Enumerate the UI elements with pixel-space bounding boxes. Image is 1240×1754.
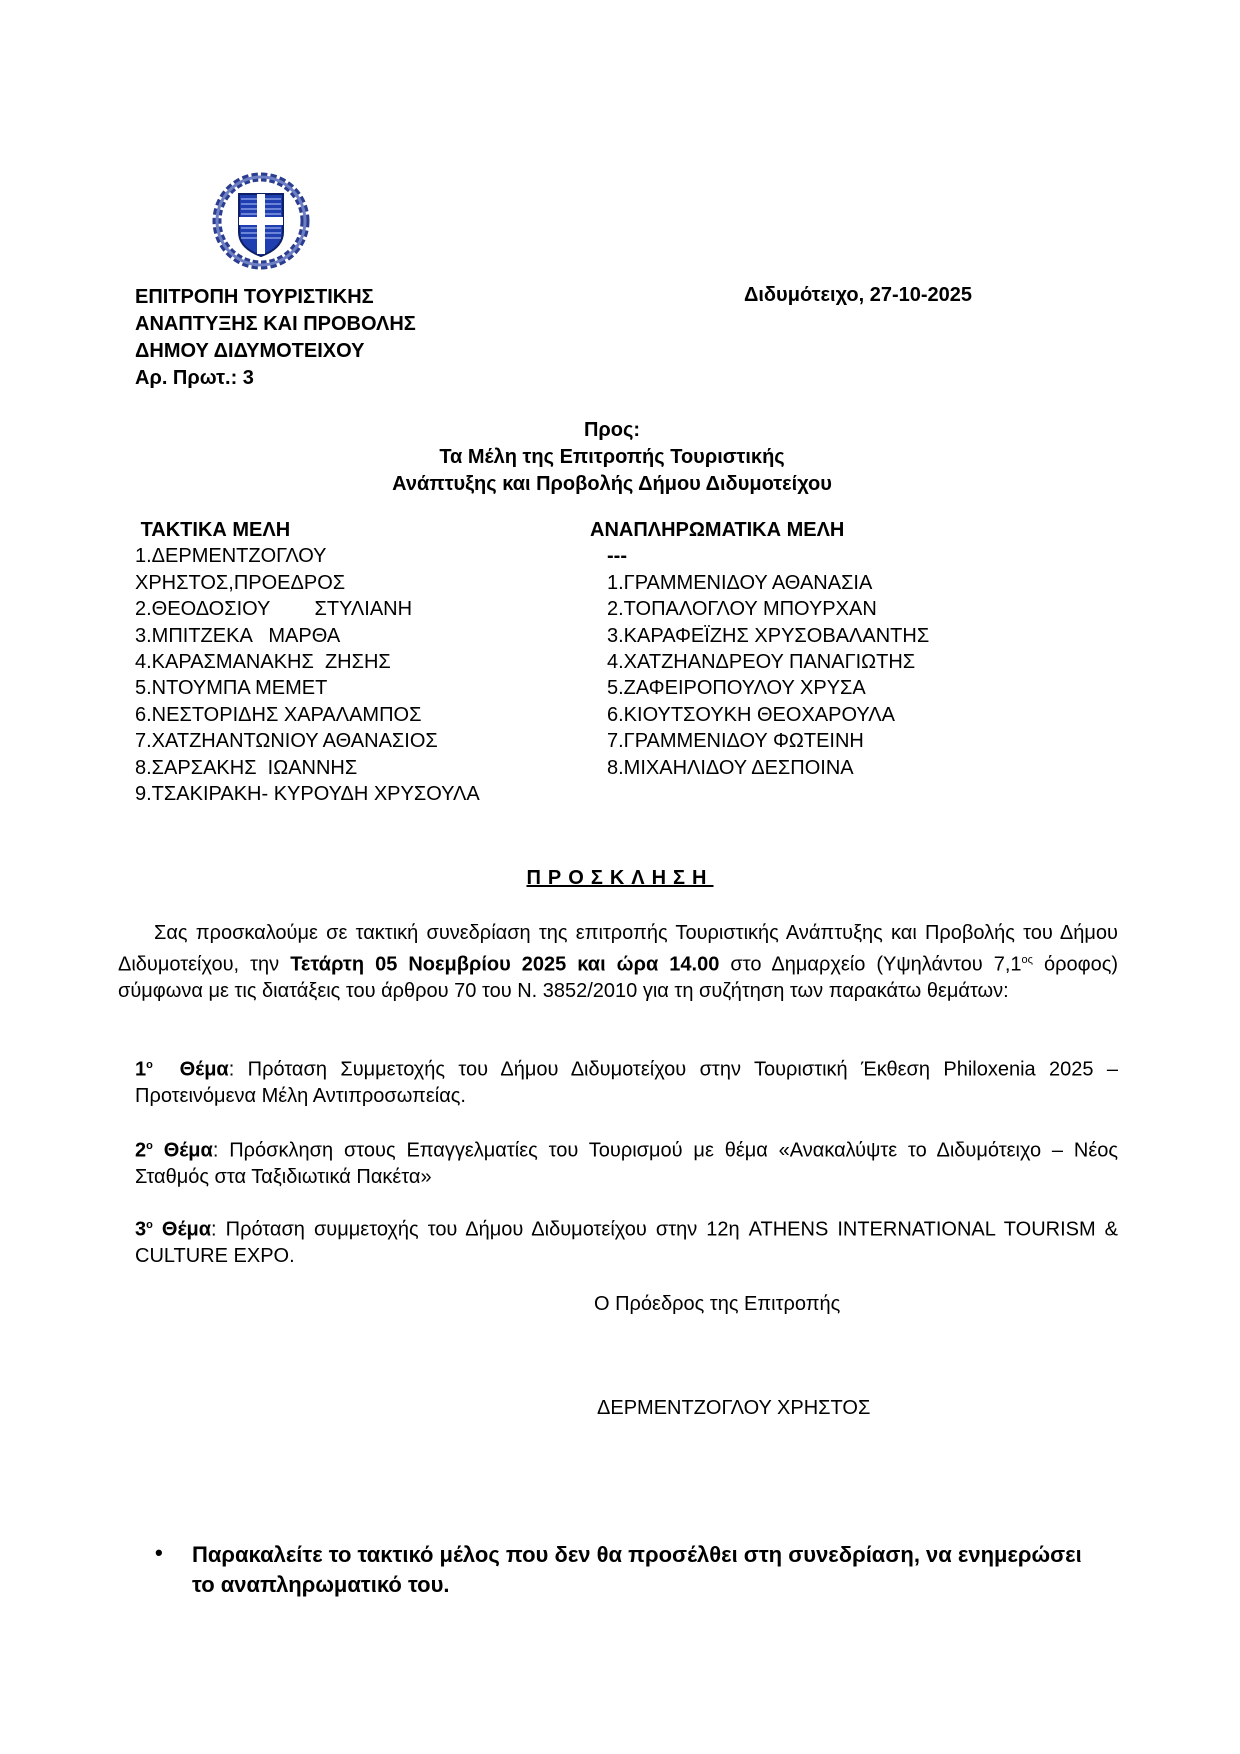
- member-item: 8.ΣΑΡΣΑΚΗΣ ΙΩΑΝΝΗΣ: [135, 755, 480, 781]
- protocol-number: Αρ. Πρωτ.: 3: [135, 365, 416, 392]
- member-item: 7.ΓΡΑΜΜΕΝΙΔΟΥ ΦΩΤΕΙΝΗ: [590, 728, 929, 754]
- member-item: 4.ΚΑΡΑΣΜΑΝΑΚΗΣ ΖΗΣΗΣ: [135, 649, 480, 675]
- invitation-title: ΠΡΟΣΚΛΗΣΗ: [0, 867, 1240, 890]
- substitute-dash: ---: [590, 543, 929, 569]
- regular-members-list: ΤΑΚΤΙΚΑ ΜΕΛΗ 1.ΔΕΡΜΕΝΤΖΟΓΛΟΥ ΧΡΗΣΤΟΣ,ΠΡΟ…: [135, 517, 480, 807]
- header-line: ΕΠΙΤΡΟΠΗ ΤΟΥΡΙΣΤΙΚΗΣ: [135, 284, 416, 311]
- member-item: 2.ΤΟΠΑΛΟΓΛΟΥ ΜΠΟΥΡΧΑΝ: [590, 596, 929, 622]
- topic-label: Θέμα: [162, 1219, 211, 1241]
- topic-1: 1ο Θέμα: Πρόταση Συμμετοχής του Δήμου Δι…: [135, 1052, 1118, 1110]
- member-item: 1.ΓΡΑΜΜΕΝΙΔΟΥ ΑΘΑΝΑΣΙΑ: [590, 570, 929, 596]
- member-item: 9.ΤΣΑΚΙΡΑΚΗ- ΚΥΡΟΥΔΗ ΧΡΥΣΟΥΛΑ: [135, 781, 480, 807]
- member-item: 3.ΜΠΙΤΖΕΚΑ ΜΑΡΘΑ: [135, 623, 480, 649]
- topic-text: : Πρόταση Συμμετοχής του Δήμου Διδυμοτεί…: [135, 1059, 1118, 1108]
- coat-of-arms-icon: [206, 166, 316, 276]
- recipients-label: Προς:: [0, 417, 1232, 444]
- meeting-datetime: Τετάρτη 05 Νοεμβρίου 2025 και ώρα 14.00: [290, 953, 719, 975]
- topic-label: Θέμα: [164, 1140, 213, 1162]
- topic-ordinal: ο: [146, 1059, 153, 1071]
- member-item: 2.ΘΕΟΔΟΣΙΟΥ ΣΤΥΛΙΑΝΗ: [135, 596, 480, 622]
- topic-label: Θέμα: [180, 1059, 229, 1081]
- topic-text: : Πρόταση συμμετοχής του Δήμου Διδυμοτεί…: [135, 1219, 1118, 1268]
- greek-coat-of-arms-emblem: [206, 166, 316, 276]
- member-item: 5.ΖΑΦΕΙΡΟΠΟΥΛΟΥ ΧΡΥΣΑ: [590, 675, 929, 701]
- member-item: 8.ΜΙΧΑΗΛΙΔΟΥ ΔΕΣΠΟΙΝΑ: [590, 755, 929, 781]
- substitute-members-title: ΑΝΑΠΛΗΡΩΜΑΤΙΚΑ ΜΕΛΗ: [590, 517, 929, 543]
- invitation-paragraph: Σας προσκαλούμε σε τακτική συνεδρίαση τη…: [118, 920, 1118, 1004]
- topic-3: 3ο Θέμα: Πρόταση συμμετοχής του Δήμου Δι…: [135, 1212, 1118, 1270]
- signature-name: ΔΕΡΜΕΝΤΖΟΓΛΟΥ ΧΡΗΣΤΟΣ: [597, 1397, 870, 1420]
- recipients-line: Τα Μέλη της Επιτροπής Τουριστικής: [0, 444, 1232, 471]
- topic-number: 3: [135, 1219, 146, 1241]
- member-item: 5.ΝΤΟΥΜΠΑ ΜΕΜΕΤ: [135, 675, 480, 701]
- intro-text: στο Δημαρχείο (Υψηλάντου 7,1: [719, 953, 1021, 975]
- recipients-line: Ανάπτυξης και Προβολής Δήμου Διδυμοτείχο…: [0, 471, 1232, 498]
- recipients-block: Προς: Τα Μέλη της Επιτροπής Τουριστικής …: [0, 417, 1240, 498]
- topic-2: 2ο Θέμα: Πρόσκληση στους Επαγγελματίες τ…: [135, 1133, 1118, 1191]
- topic-ordinal: ο: [146, 1219, 153, 1231]
- committee-header: ΕΠΙΤΡΟΠΗ ΤΟΥΡΙΣΤΙΚΗΣ ΑΝΑΠΤΥΞΗΣ ΚΑΙ ΠΡΟΒΟ…: [135, 284, 416, 392]
- document-date: Διδυμότειχο, 27-10-2025: [744, 284, 972, 307]
- member-item: 7.ΧΑΤΖΗΑΝΤΩΝΙΟΥ ΑΘΑΝΑΣΙΟΣ: [135, 728, 480, 754]
- header-line: ΔΗΜΟΥ ΔΙΔΥΜΟΤΕΙΧΟΥ: [135, 338, 416, 365]
- bullet-icon: •: [155, 1540, 163, 1566]
- member-item: 6.ΝΕΣΤΟΡΙΔΗΣ ΧΑΡΑΛΑΜΠΟΣ: [135, 702, 480, 728]
- topic-number: 1: [135, 1059, 146, 1081]
- topic-number: 2: [135, 1140, 146, 1162]
- member-item: 3.ΚΑΡΑΦΕΪΖΗΣ ΧΡΥΣΟΒΑΛΑΝΤΗΣ: [590, 623, 929, 649]
- regular-members-title: ΤΑΚΤΙΚΑ ΜΕΛΗ: [135, 517, 480, 543]
- substitute-members-list: ΑΝΑΠΛΗΡΩΜΑΤΙΚΑ ΜΕΛΗ --- 1.ΓΡΑΜΜΕΝΙΔΟΥ ΑΘ…: [590, 517, 929, 781]
- substitute-notice: Παρακαλείτε το τακτικό μέλος που δεν θα …: [192, 1540, 1092, 1600]
- member-item: 4.ΧΑΤΖΗΑΝΔΡΕΟΥ ΠΑΝΑΓΙΩΤΗΣ: [590, 649, 929, 675]
- header-line: ΑΝΑΠΤΥΞΗΣ ΚΑΙ ΠΡΟΒΟΛΗΣ: [135, 311, 416, 338]
- topic-text: : Πρόσκληση στους Επαγγελματίες του Τουρ…: [135, 1140, 1118, 1189]
- topic-ordinal: ο: [146, 1140, 153, 1152]
- member-item: ΧΡΗΣΤΟΣ,ΠΡΟΕΔΡΟΣ: [135, 570, 480, 596]
- signature-title: Ο Πρόεδρος της Επιτροπής: [594, 1293, 840, 1316]
- floor-superscript: ος: [1022, 954, 1033, 966]
- member-item: 6.ΚΙΟΥΤΣΟΥΚΗ ΘΕΟΧΑΡΟΥΛΑ: [590, 702, 929, 728]
- member-item: 1.ΔΕΡΜΕΝΤΖΟΓΛΟΥ: [135, 543, 480, 569]
